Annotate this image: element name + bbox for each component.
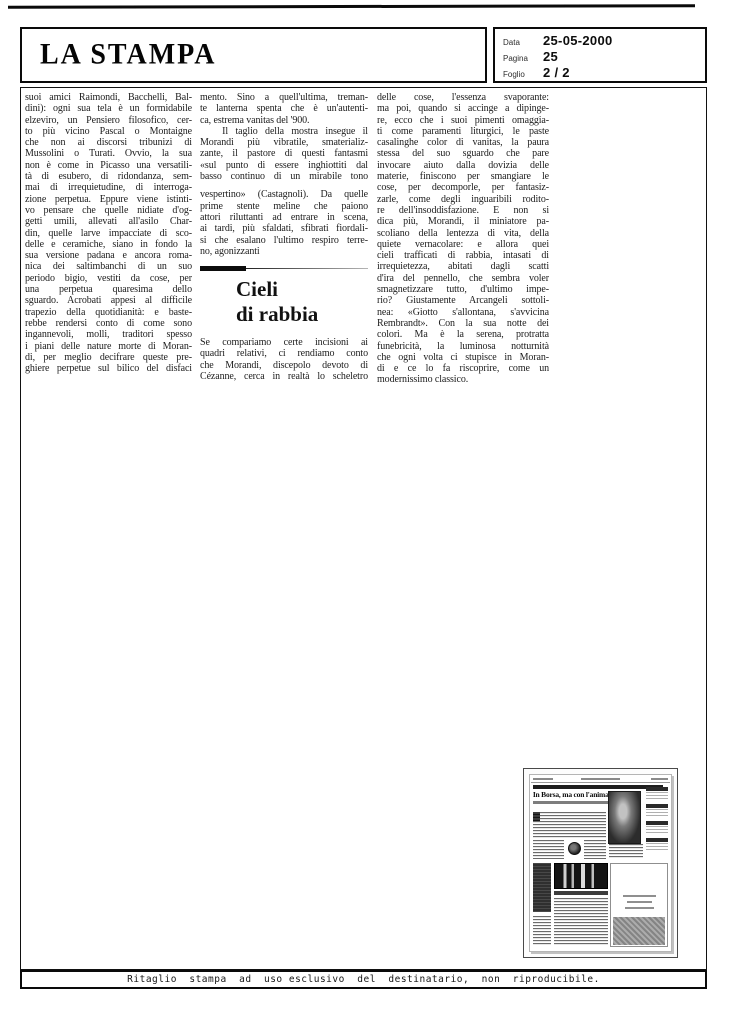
- thumb-text-block: [609, 844, 643, 860]
- thumb-sidebar-heading: [646, 804, 669, 808]
- thumb-ad-text-line: [625, 907, 654, 909]
- article-text-line: di, per meglio decifrare queste pre-: [25, 352, 192, 363]
- article-column-2-para-1: mento. Sino a quell'ultima, treman-te la…: [200, 92, 368, 182]
- thumb-ad-text-line: [623, 895, 656, 897]
- article-text-line: zione perpetua. Eppure viene istinti-: [25, 194, 192, 205]
- thumb-masthead-left: [533, 778, 553, 780]
- article-text-line: scoliano della lentezza di vita, della: [377, 228, 549, 239]
- article-text-line: stessa del suo sguardo che pare: [377, 148, 549, 159]
- article-text-line: una perpetua quaresima dello: [25, 284, 192, 295]
- thumb-ad-photo: [613, 917, 665, 945]
- thumb-photo-caption-bar: [554, 891, 608, 895]
- section-divider: [200, 266, 368, 271]
- article-text-line: Se compariamo certe incisioni ai: [200, 337, 368, 348]
- article-text-line: dica più, Morandi, il miniatore pa-: [377, 216, 549, 227]
- meta-value-date: 25-05-2000: [543, 33, 613, 48]
- thumb-stamp-image: [568, 842, 581, 855]
- article-text-line: ca, estrema vanitas del '900.: [200, 115, 368, 126]
- masthead-box: LA STAMPA: [20, 27, 487, 83]
- article-text-line: din, quelle larve impacciate di sco-: [25, 228, 192, 239]
- article-text-line: irrequietezza, abitati dagli scatti: [377, 261, 549, 272]
- thumb-ad-text-line: [627, 901, 652, 903]
- article-text-line: periodo bigio, vestiti da cose, per: [25, 273, 192, 284]
- article-headline: Cieli di rabbia: [236, 277, 368, 327]
- article-text-line: funebricità, la luminosa notturnità: [377, 341, 549, 352]
- article-text-line: nica dei saltimbanchi di un suo: [25, 261, 192, 272]
- article-text-line: no, agonizzanti: [200, 246, 368, 257]
- article-text-line: mai di irrequietudine, di interroga-: [25, 182, 192, 193]
- thumb-text-block: [584, 840, 607, 859]
- thumb-subtitle-bar: [533, 801, 612, 804]
- thumb-text-block: [533, 916, 551, 946]
- article-text-line: Rembrandt». Con la sua notte dei: [377, 318, 549, 329]
- article-text-line: dini): ogni sua tela è un formidabile: [25, 103, 192, 114]
- thumb-masthead-center: [581, 778, 620, 780]
- article-text-line: ai tardi, più sfaldati, sfibrati fiordal…: [200, 223, 368, 234]
- article-text-line: che non ai discorsi tribunizi di: [25, 137, 192, 148]
- meta-row-date: Data 25-05-2000: [503, 33, 705, 49]
- thumb-sidebar-heading: [646, 838, 669, 842]
- article-text-line: tà di esubero, di ridondanza, sem-: [25, 171, 192, 182]
- thumb-sidebar-heading: [646, 787, 669, 791]
- article-text-line: vespertino» (Castagnoli). Da quelle: [200, 189, 368, 200]
- footer-disclaimer-text: Ritaglio stampa ad uso esclusivo del des…: [127, 974, 600, 985]
- article-text-line: getti umili, allevati all'asilo Char-: [25, 216, 192, 227]
- thumb-masthead-rule: [531, 782, 669, 783]
- divider-line: [246, 268, 368, 269]
- thumb-text-block: [533, 812, 606, 838]
- article-text-line: colori. Ma è la serena, protratta: [377, 329, 549, 340]
- article-text-line: invocare aiuto dalla dovizia delle: [377, 160, 549, 171]
- article-text-line: Morandi più vibratile, smaterializ-: [200, 137, 368, 148]
- article-column-1: suoi amici Raimondi, Bacchelli, Bal-dini…: [25, 92, 192, 374]
- meta-label-sheet: Foglio: [503, 70, 543, 79]
- article-text-line: mento. Sino a quell'ultima, treman-: [200, 92, 368, 103]
- thumb-ad-box: [610, 863, 668, 947]
- thumb-sidebar-text: [646, 826, 669, 835]
- article-text-line: d'ira del pennello, che sembra voler: [377, 273, 549, 284]
- article-text-line: elzeviro, un Pensiero filosofico, cer-: [25, 115, 192, 126]
- divider-tick: [200, 266, 246, 271]
- article-text-line: ma poi, quando si accinge a dipinge-: [377, 103, 549, 114]
- article-text-line: attori riluttanti ad entrare in scena,: [200, 212, 368, 223]
- thumb-kicker-bar: [533, 785, 663, 789]
- article-column-2: mento. Sino a quell'ultima, treman-te la…: [200, 92, 368, 382]
- article-text-line: casalinghe color di vanitas, la paura: [377, 137, 549, 148]
- article-text-line: Cézanne, cerca in realtà lo scheletro: [200, 371, 368, 382]
- article-body-box: suoi amici Raimondi, Bacchelli, Bal-dini…: [20, 87, 707, 970]
- article-text-line: re dell'insoddisfazione. E non si: [377, 205, 549, 216]
- article-text-line: si che esalano l'ultimo respiro terre-: [200, 235, 368, 246]
- article-text-line: quiete vernacolare: e allora quei: [377, 239, 549, 250]
- article-text-line: non è come in Picasso una versatili-: [25, 160, 192, 171]
- article-text-line: cieli trafficati di rabbia, intasati di: [377, 250, 549, 261]
- article-text-line: trapezio della quotidianità: e baste-: [25, 307, 192, 318]
- article-text-line: rio? Giustamente Arcangeli sottoli-: [377, 295, 549, 306]
- headline-line-2: di rabbia: [236, 302, 368, 327]
- article-text-line: vo pensare che quelle nidiate d'og-: [25, 205, 192, 216]
- article-text-line: zarle, come degli inguaribili rodito-: [377, 194, 549, 205]
- article-text-line: suoi amici Raimondi, Bacchelli, Bal-: [25, 92, 192, 103]
- press-clipping-sheet: LA STAMPA Data 25-05-2000 Pagina 25 Fogl…: [0, 0, 730, 1024]
- article-text-line: cose, per decomporle, per fantasiz-: [377, 182, 549, 193]
- article-text-line: ingannevoli, molli, traditori spesso: [25, 329, 192, 340]
- article-text-line: quadri relativi, ci rendiamo conto: [200, 348, 368, 359]
- article-text-line: rebbe rendersi conto di come sono: [25, 318, 192, 329]
- article-text-line: che ogni volta ci stupisce in Moran-: [377, 352, 549, 363]
- headline-line-1: Cieli: [236, 277, 368, 302]
- article-text-line: sua versione padana e ancora roma-: [25, 250, 192, 261]
- article-text-line: delle cose, l'essenza svaporante:: [377, 92, 549, 103]
- clipping-meta-box: Data 25-05-2000 Pagina 25 Foglio 2 / 2: [493, 27, 707, 83]
- article-text-line: ghiere perpetue sul bilico del disfaci: [25, 363, 192, 374]
- thumb-sidebar-text: [646, 809, 669, 818]
- meta-row-page: Pagina 25: [503, 49, 705, 65]
- article-text-line: basso continuo di un mirabile tono: [200, 171, 368, 182]
- thumb-sidebar-text: [646, 843, 669, 852]
- meta-label-date: Data: [503, 38, 543, 47]
- article-text-line: «sul punto di essere inghiottiti dal: [200, 160, 368, 171]
- article-text-line: i piani delle nature morte di Moran-: [25, 341, 192, 352]
- article-column-2-para-2: vespertino» (Castagnoli). Da quelleprime…: [200, 189, 368, 257]
- article-text-line: modernissimo classico.: [377, 374, 549, 383]
- top-scan-rule: [8, 4, 695, 8]
- article-text-line: Il taglio della mostra insegue il: [200, 126, 368, 137]
- thumb-sidebar-text: [646, 792, 669, 801]
- article-text-line: ti come paramenti liturgici, le paste: [377, 126, 549, 137]
- article-text-line: sguardo. Acrobati appesi al difficile: [25, 295, 192, 306]
- thumb-sidebar-heading: [646, 821, 669, 825]
- article-column-3: delle cose, l'essenza svaporante:ma poi,…: [377, 92, 549, 383]
- thumbnail-mini-page: In Borsa, ma con l'anima: [529, 774, 672, 952]
- article-text-line: di e ce lo fa riscoprire, come un: [377, 363, 549, 374]
- article-text-line: materie, finiscono per smangiare le: [377, 171, 549, 182]
- thumb-left-photo-strip: [533, 863, 551, 912]
- footer-bar: Ritaglio stampa ad uso esclusivo del des…: [20, 970, 707, 989]
- article-text-line: to più vicino Pascal o Montaigne: [25, 126, 192, 137]
- article-text-line: che Morandi, discepolo devoto di: [200, 360, 368, 371]
- article-column-2-para-3: Se compariamo certe incisioni aiquadri r…: [200, 337, 368, 382]
- article-text-line: zante, il pastore di questi fantasmi: [200, 148, 368, 159]
- article-text-line: delle e ceramiche, siano in fondo la: [25, 239, 192, 250]
- article-text-line: Mussolini o Turati. Ovvio, la sua: [25, 148, 192, 159]
- article-text-line: smagnetizzare tutto, d'ultimo impe-: [377, 284, 549, 295]
- newspaper-masthead: LA STAMPA: [40, 38, 216, 72]
- thumb-text-block: [554, 898, 608, 946]
- thumb-masthead-right: [651, 778, 668, 780]
- meta-value-sheet: 2 / 2: [543, 65, 570, 80]
- clipping-thumbnail-box: In Borsa, ma con l'anima: [523, 768, 678, 958]
- thumb-portrait-photo: [608, 791, 642, 844]
- meta-label-page: Pagina: [503, 54, 543, 63]
- meta-value-page: 25: [543, 49, 558, 64]
- article-text-line: prime stente meline che paiono: [200, 201, 368, 212]
- meta-row-sheet: Foglio 2 / 2: [503, 65, 705, 81]
- article-text-line: re, ecco che i suoi pimenti omaggia-: [377, 115, 549, 126]
- article-text-line: nea: «Giotto s'allontana, s'avvicina: [377, 307, 549, 318]
- thumb-bottles-photo: [554, 863, 608, 889]
- thumb-text-block: [533, 840, 564, 859]
- article-text-line: te lanterna spenta che è un'autenti-: [200, 103, 368, 114]
